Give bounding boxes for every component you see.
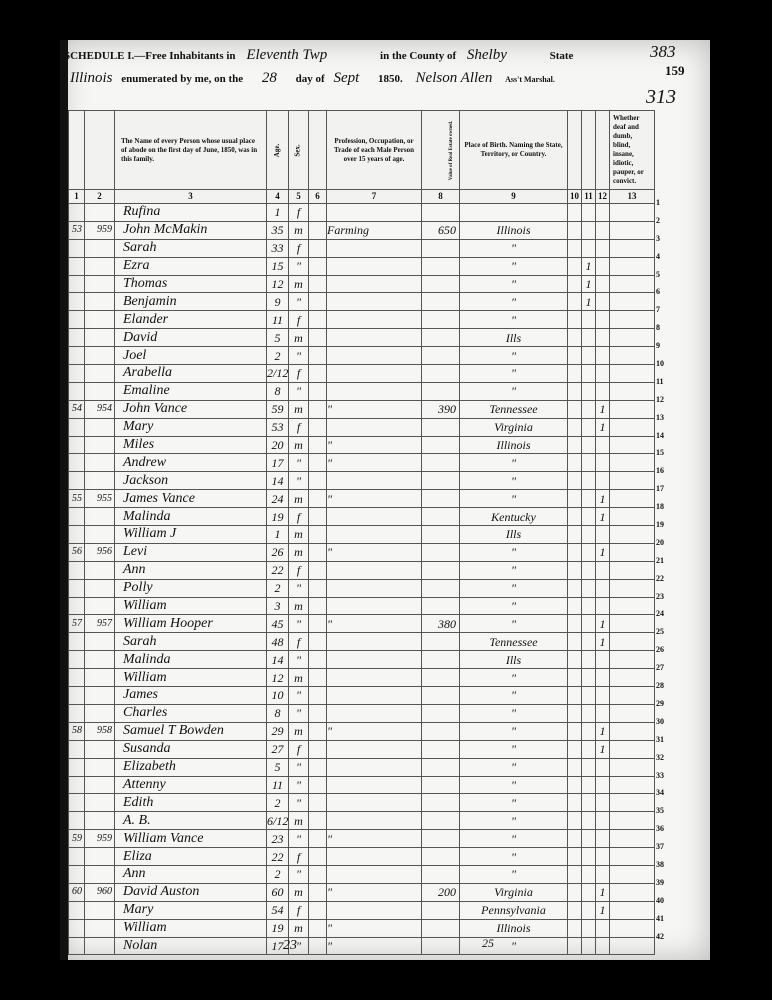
sex-cell: m — [289, 597, 309, 615]
illiterate-mark-cell — [596, 221, 610, 239]
disability-cell — [610, 758, 655, 776]
birthplace-cell: Tennessee — [460, 633, 568, 651]
person-name-cell: Eliza — [115, 848, 267, 866]
school-mark-cell — [582, 830, 596, 848]
person-name-cell: William J — [115, 526, 267, 544]
birthplace-cell: " — [460, 579, 568, 597]
dwelling-number-cell: 54 — [69, 400, 85, 418]
occupation-cell — [327, 293, 422, 311]
sex-cell: m — [289, 436, 309, 454]
color-cell — [309, 347, 327, 365]
family-number-cell — [85, 758, 115, 776]
school-mark-cell — [582, 472, 596, 490]
table-row: Sarah48fTennessee1 — [69, 633, 655, 651]
age-cell: 54 — [267, 901, 289, 919]
age-cell: 3 — [267, 597, 289, 615]
dwelling-number-cell — [69, 901, 85, 919]
table-row: Polly2"" — [69, 579, 655, 597]
dwelling-number-cell — [69, 418, 85, 436]
disability-cell — [610, 651, 655, 669]
line-number: 29 — [656, 695, 676, 713]
family-number-cell — [85, 597, 115, 615]
line-number: 5 — [656, 266, 676, 284]
married-mark-cell — [568, 919, 582, 937]
school-mark-cell — [582, 579, 596, 597]
disability-cell — [610, 561, 655, 579]
age-cell: 14 — [267, 472, 289, 490]
disability-cell — [610, 937, 655, 955]
line-number: 26 — [656, 641, 676, 659]
dwelling-number-cell — [69, 454, 85, 472]
color-cell — [309, 919, 327, 937]
dwelling-number-cell — [69, 812, 85, 830]
real-estate-value-cell — [422, 561, 460, 579]
county-handwritten: Shelby — [467, 47, 507, 63]
occupation-cell — [327, 365, 422, 383]
birthplace-cell: " — [460, 347, 568, 365]
family-number-cell — [85, 436, 115, 454]
person-name-cell: Mary — [115, 901, 267, 919]
table-row: Benjamin9""1 — [69, 293, 655, 311]
disability-cell — [610, 740, 655, 758]
age-cell: 22 — [267, 561, 289, 579]
disability-cell — [610, 543, 655, 561]
table-row: 55955James Vance24m""1 — [69, 490, 655, 508]
illiterate-mark-cell — [596, 830, 610, 848]
age-cell: 11 — [267, 776, 289, 794]
birthplace-cell: Ills — [460, 651, 568, 669]
school-mark-cell — [582, 561, 596, 579]
table-row: 58958Samuel T Bowden29m""1 — [69, 722, 655, 740]
married-mark-cell — [568, 704, 582, 722]
person-name-cell: Ann — [115, 865, 267, 883]
real-estate-value-cell — [422, 382, 460, 400]
age-cell: 10 — [267, 687, 289, 705]
school-mark-cell — [582, 669, 596, 687]
birthplace-cell: " — [460, 561, 568, 579]
illiterate-mark-cell: 1 — [596, 490, 610, 508]
person-name-cell: John Vance — [115, 400, 267, 418]
table-row: William3m" — [69, 597, 655, 615]
real-estate-value-cell — [422, 597, 460, 615]
person-name-cell: Edith — [115, 794, 267, 812]
col-header-real-estate: Value of Real Estate owned. — [422, 111, 460, 190]
family-number-cell — [85, 579, 115, 597]
table-row: William J1mIlls — [69, 526, 655, 544]
age-cell: 2 — [267, 347, 289, 365]
illiterate-mark-cell — [596, 794, 610, 812]
school-mark-cell: 1 — [582, 275, 596, 293]
disability-cell — [610, 794, 655, 812]
dwelling-number-cell: 57 — [69, 615, 85, 633]
sex-cell: " — [289, 382, 309, 400]
birthplace-cell: " — [460, 382, 568, 400]
illiterate-mark-cell: 1 — [596, 400, 610, 418]
married-mark-cell — [568, 615, 582, 633]
person-name-cell: Elander — [115, 311, 267, 329]
color-cell — [309, 472, 327, 490]
real-estate-value-cell — [422, 454, 460, 472]
dwelling-number-cell — [69, 204, 85, 222]
person-name-cell: Andrew — [115, 454, 267, 472]
family-number-cell — [85, 704, 115, 722]
age-cell: 12 — [267, 275, 289, 293]
occupation-cell — [327, 311, 422, 329]
illiterate-mark-cell — [596, 651, 610, 669]
illiterate-mark-cell — [596, 204, 610, 222]
line-number: 25 — [656, 623, 676, 641]
person-name-cell: A. B. — [115, 812, 267, 830]
table-row: Joel2"" — [69, 347, 655, 365]
real-estate-value-cell — [422, 436, 460, 454]
sex-cell: m — [289, 919, 309, 937]
married-mark-cell — [568, 901, 582, 919]
color-cell — [309, 901, 327, 919]
person-name-cell: Samuel T Bowden — [115, 722, 267, 740]
line-number: 36 — [656, 820, 676, 838]
table-row: Mary53fVirginia1 — [69, 418, 655, 436]
sex-cell: " — [289, 615, 309, 633]
school-mark-cell — [582, 382, 596, 400]
occupation-cell — [327, 329, 422, 347]
occupation-cell: " — [327, 490, 422, 508]
married-mark-cell — [568, 687, 582, 705]
age-cell: 15 — [267, 257, 289, 275]
disability-cell — [610, 436, 655, 454]
sex-cell: f — [289, 365, 309, 383]
occupation-cell: Farming — [327, 221, 422, 239]
line-number: 30 — [656, 713, 676, 731]
disability-cell — [610, 579, 655, 597]
line-number: 20 — [656, 534, 676, 552]
line-number: 23 — [656, 588, 676, 606]
line-number: 12 — [656, 391, 676, 409]
sex-cell: " — [289, 454, 309, 472]
married-mark-cell — [568, 275, 582, 293]
married-mark-cell — [568, 400, 582, 418]
col-header-illiterate: Persons over 20 y'rs of age who cannot r… — [596, 111, 610, 190]
person-name-cell: David — [115, 329, 267, 347]
color-cell — [309, 722, 327, 740]
illiterate-mark-cell — [596, 347, 610, 365]
disability-cell — [610, 508, 655, 526]
family-number-cell — [85, 257, 115, 275]
sex-cell: f — [289, 561, 309, 579]
person-name-cell: Mary — [115, 418, 267, 436]
illiterate-mark-cell — [596, 669, 610, 687]
school-mark-cell — [582, 508, 596, 526]
birthplace-cell: " — [460, 543, 568, 561]
marshal-label: Ass't Marshal. — [505, 75, 555, 84]
schedule-title: SCHEDULE I.—Free Inhabitants in — [64, 50, 236, 62]
dwelling-number-cell — [69, 239, 85, 257]
col-header-sex: Sex. — [289, 111, 309, 190]
footer-mark: 25 — [482, 936, 494, 951]
real-estate-value-cell — [422, 347, 460, 365]
line-number: 39 — [656, 874, 676, 892]
illiterate-mark-cell — [596, 758, 610, 776]
illiterate-mark-cell: 1 — [596, 740, 610, 758]
color-cell — [309, 257, 327, 275]
married-mark-cell — [568, 311, 582, 329]
occupation-cell — [327, 579, 422, 597]
real-estate-value-cell — [422, 543, 460, 561]
dwelling-number-cell: 58 — [69, 722, 85, 740]
birthplace-cell: " — [460, 454, 568, 472]
age-cell: 12 — [267, 669, 289, 687]
illiterate-mark-cell — [596, 275, 610, 293]
occupation-cell — [327, 418, 422, 436]
illiterate-mark-cell — [596, 365, 610, 383]
real-estate-value-cell — [422, 848, 460, 866]
line-number: 9 — [656, 337, 676, 355]
disability-cell — [610, 669, 655, 687]
occupation-cell — [327, 901, 422, 919]
disability-cell — [610, 239, 655, 257]
sex-cell: " — [289, 293, 309, 311]
table-row: Rufina1f — [69, 204, 655, 222]
person-name-cell: Nolan — [115, 937, 267, 955]
color-cell — [309, 204, 327, 222]
sex-cell: m — [289, 543, 309, 561]
line-number: 33 — [656, 767, 676, 785]
sex-cell: m — [289, 722, 309, 740]
real-estate-value-cell — [422, 365, 460, 383]
family-number-cell — [85, 776, 115, 794]
birthplace-cell: " — [460, 311, 568, 329]
col-header-birthplace: Place of Birth. Naming the State, Territ… — [460, 111, 568, 190]
color-cell — [309, 579, 327, 597]
disability-cell — [610, 347, 655, 365]
disability-cell — [610, 204, 655, 222]
sex-cell: " — [289, 257, 309, 275]
table-row: Nolan17""" — [69, 937, 655, 955]
color-cell — [309, 830, 327, 848]
dwelling-number-cell — [69, 669, 85, 687]
person-name-cell: Ezra — [115, 257, 267, 275]
illiterate-mark-cell — [596, 579, 610, 597]
person-name-cell: David Auston — [115, 883, 267, 901]
real-estate-value-cell — [422, 311, 460, 329]
school-mark-cell — [582, 722, 596, 740]
married-mark-cell — [568, 848, 582, 866]
color-cell — [309, 275, 327, 293]
school-mark-cell — [582, 400, 596, 418]
dwelling-number-cell — [69, 919, 85, 937]
occupation-cell — [327, 526, 422, 544]
birthplace-cell: " — [460, 257, 568, 275]
occupation-cell: " — [327, 615, 422, 633]
sex-cell: f — [289, 204, 309, 222]
occupation-cell — [327, 633, 422, 651]
disability-cell — [610, 490, 655, 508]
sex-cell: f — [289, 418, 309, 436]
age-cell: 8 — [267, 382, 289, 400]
color-cell — [309, 865, 327, 883]
table-row: Attenny11"" — [69, 776, 655, 794]
illiterate-mark-cell — [596, 919, 610, 937]
birthplace-cell: " — [460, 615, 568, 633]
sex-cell: " — [289, 776, 309, 794]
col-num-2: 2 — [85, 190, 115, 204]
real-estate-value-cell — [422, 579, 460, 597]
birthplace-cell: " — [460, 812, 568, 830]
color-cell — [309, 543, 327, 561]
table-row: Thomas12m"1 — [69, 275, 655, 293]
family-number-cell: 957 — [85, 615, 115, 633]
married-mark-cell — [568, 204, 582, 222]
school-mark-cell — [582, 526, 596, 544]
person-name-cell: James Vance — [115, 490, 267, 508]
color-cell — [309, 526, 327, 544]
table-row: A. B.6/12m" — [69, 812, 655, 830]
school-mark-cell — [582, 221, 596, 239]
col-num-13: 13 — [610, 190, 655, 204]
table-row: Malinda14"Ills — [69, 651, 655, 669]
age-cell: 26 — [267, 543, 289, 561]
sex-cell: " — [289, 687, 309, 705]
disability-cell — [610, 597, 655, 615]
birthplace-cell: Virginia — [460, 418, 568, 436]
dwelling-number-cell — [69, 311, 85, 329]
age-cell: 5 — [267, 758, 289, 776]
dwelling-number-cell — [69, 865, 85, 883]
birthplace-cell: " — [460, 758, 568, 776]
table-row: Emaline8"" — [69, 382, 655, 400]
disability-cell — [610, 812, 655, 830]
married-mark-cell — [568, 830, 582, 848]
school-mark-cell — [582, 883, 596, 901]
married-mark-cell — [568, 382, 582, 400]
col-num-9: 9 — [460, 190, 568, 204]
illiterate-mark-cell — [596, 329, 610, 347]
disability-cell — [610, 257, 655, 275]
column-header-row: Dwelling-houses numbered in the order of… — [69, 111, 655, 190]
table-row: Mary54fPennsylvania1 — [69, 901, 655, 919]
color-cell — [309, 454, 327, 472]
col-num-3: 3 — [115, 190, 267, 204]
dwelling-number-cell — [69, 436, 85, 454]
day-of-label: day of — [296, 73, 325, 85]
sex-cell: f — [289, 633, 309, 651]
illiterate-mark-cell — [596, 472, 610, 490]
sex-cell: f — [289, 901, 309, 919]
enumerated-label: enumerated by me, on the — [121, 73, 243, 85]
line-number: 1 — [656, 194, 676, 212]
sex-cell: " — [289, 651, 309, 669]
birthplace-cell: " — [460, 865, 568, 883]
birthplace-cell: " — [460, 830, 568, 848]
line-number: 32 — [656, 749, 676, 767]
day-handwritten: 28 — [262, 70, 277, 86]
person-name-cell: Joel — [115, 347, 267, 365]
occupation-cell — [327, 347, 422, 365]
school-mark-cell — [582, 239, 596, 257]
sex-cell: m — [289, 275, 309, 293]
real-estate-value-cell — [422, 293, 460, 311]
family-number-cell — [85, 508, 115, 526]
color-cell — [309, 704, 327, 722]
illiterate-mark-cell: 1 — [596, 883, 610, 901]
birthplace-cell: " — [460, 239, 568, 257]
school-mark-cell: 1 — [582, 293, 596, 311]
disability-cell — [610, 722, 655, 740]
line-number: 13 — [656, 409, 676, 427]
table-row: Andrew17""" — [69, 454, 655, 472]
occupation-cell: " — [327, 830, 422, 848]
line-number: 10 — [656, 355, 676, 373]
real-estate-value-cell — [422, 275, 460, 293]
table-row: David5mIlls — [69, 329, 655, 347]
married-mark-cell — [568, 293, 582, 311]
disability-cell — [610, 275, 655, 293]
school-mark-cell — [582, 490, 596, 508]
married-mark-cell — [568, 329, 582, 347]
family-number-cell — [85, 651, 115, 669]
age-cell: 35 — [267, 221, 289, 239]
occupation-cell — [327, 239, 422, 257]
illiterate-mark-cell — [596, 257, 610, 275]
table-row: Ann2"" — [69, 865, 655, 883]
birthplace-cell: " — [460, 704, 568, 722]
age-cell: 2/12 — [267, 365, 289, 383]
color-cell — [309, 597, 327, 615]
line-number: 7 — [656, 301, 676, 319]
school-mark-cell — [582, 758, 596, 776]
person-name-cell: William — [115, 597, 267, 615]
col-header-family: Families numbered in the order of visita… — [85, 111, 115, 190]
col-header-school: Attended School within the year. — [582, 111, 596, 190]
state-label: State — [550, 50, 574, 62]
birthplace-cell: " — [460, 776, 568, 794]
married-mark-cell — [568, 561, 582, 579]
age-cell: 8 — [267, 704, 289, 722]
illiterate-mark-cell — [596, 311, 610, 329]
col-num-7: 7 — [327, 190, 422, 204]
school-mark-cell — [582, 418, 596, 436]
birthplace-cell: " — [460, 365, 568, 383]
illiterate-mark-cell — [596, 561, 610, 579]
illiterate-mark-cell: 1 — [596, 418, 610, 436]
sex-cell: m — [289, 221, 309, 239]
real-estate-value-cell — [422, 329, 460, 347]
color-cell — [309, 758, 327, 776]
real-estate-value-cell — [422, 651, 460, 669]
table-row: 56956Levi26m""1 — [69, 543, 655, 561]
line-number: 16 — [656, 462, 676, 480]
disability-cell — [610, 633, 655, 651]
col-num-6: 6 — [309, 190, 327, 204]
family-number-cell — [85, 382, 115, 400]
disability-cell — [610, 615, 655, 633]
illiterate-mark-cell: 1 — [596, 543, 610, 561]
sex-cell: " — [289, 347, 309, 365]
family-number-cell — [85, 347, 115, 365]
disability-cell — [610, 901, 655, 919]
occupation-cell: " — [327, 722, 422, 740]
dwelling-number-cell — [69, 329, 85, 347]
family-number-cell — [85, 418, 115, 436]
person-name-cell: Susanda — [115, 740, 267, 758]
illiterate-mark-cell — [596, 848, 610, 866]
color-cell — [309, 382, 327, 400]
dwelling-number-cell: 55 — [69, 490, 85, 508]
family-number-cell — [85, 561, 115, 579]
disability-cell — [610, 382, 655, 400]
illiterate-mark-cell — [596, 687, 610, 705]
occupation-cell — [327, 758, 422, 776]
real-estate-value-cell — [422, 204, 460, 222]
